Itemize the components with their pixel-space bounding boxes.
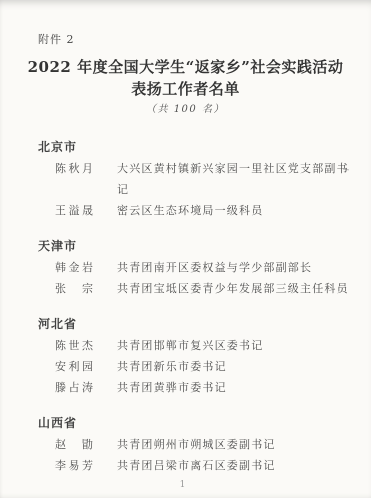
honoree-row: 王溢晟 密云区生态环境局一级科员 <box>55 200 371 221</box>
region-header: 北京市 <box>38 137 371 158</box>
honoree-name: 陈秋月 <box>55 158 93 200</box>
region-header: 河北省 <box>38 314 371 335</box>
honoree-name: 滕占涛 <box>55 377 93 398</box>
document-subtitle: （共 100 名） <box>0 103 371 116</box>
honoree-position: 共青团南开区委权益与学少部副部长 <box>117 257 353 278</box>
honoree-name: 赵勖 <box>55 434 93 455</box>
honoree-position: 共青团黄骅市委书记 <box>117 377 353 398</box>
honoree-name: 安利园 <box>55 356 93 377</box>
honoree-name: 李易芳 <box>55 455 93 476</box>
document-title-line2: 表扬工作者名单 <box>0 78 371 100</box>
entries-list: 陈世杰 共青团邯郸市复兴区委书记 安利园 共青团新乐市委书记 滕占涛 共青团黄骅… <box>0 335 371 398</box>
region-header: 天津市 <box>38 236 371 257</box>
region-section: 天津市 韩金岩 共青团南开区委权益与学少部副部长 张宗 共青团宝坻区委青少年发展… <box>0 236 371 299</box>
honoree-name: 韩金岩 <box>55 257 93 278</box>
document-title-line1: 2022 年度全国大学生“返家乡”社会实践活动 <box>0 56 371 78</box>
entries-list: 韩金岩 共青团南开区委权益与学少部副部长 张宗 共青团宝坻区委青少年发展部三级主… <box>0 257 371 299</box>
page-number: 1 <box>0 480 365 490</box>
region-section: 山西省 赵勖 共青团朔州市朔城区委副书记 李易芳 共青团吕梁市离石区委副书记 <box>0 413 371 476</box>
honoree-position: 共青团宝坻区委青少年发展部三级主任科员 <box>117 278 353 299</box>
honoree-row: 张宗 共青团宝坻区委青少年发展部三级主任科员 <box>55 278 371 299</box>
region-section: 河北省 陈世杰 共青团邯郸市复兴区委书记 安利园 共青团新乐市委书记 滕占涛 共… <box>0 314 371 398</box>
document-title: 2022 年度全国大学生“返家乡”社会实践活动 表扬工作者名单 <box>0 56 371 100</box>
honoree-position: 共青团吕梁市离石区委副书记 <box>117 455 353 476</box>
honoree-row: 赵勖 共青团朔州市朔城区委副书记 <box>55 434 371 455</box>
honoree-row: 韩金岩 共青团南开区委权益与学少部副部长 <box>55 257 371 278</box>
honoree-row: 滕占涛 共青团黄骅市委书记 <box>55 377 371 398</box>
entries-list: 陈秋月 大兴区黄村镇新兴家园一里社区党支部副书记 王溢晟 密云区生态环境局一级科… <box>0 158 371 221</box>
honoree-row: 陈秋月 大兴区黄村镇新兴家园一里社区党支部副书记 <box>55 158 371 200</box>
honoree-row: 李易芳 共青团吕梁市离石区委副书记 <box>55 455 371 476</box>
honoree-position: 共青团朔州市朔城区委副书记 <box>117 434 353 455</box>
region-section: 北京市 陈秋月 大兴区黄村镇新兴家园一里社区党支部副书记 王溢晟 密云区生态环境… <box>0 137 371 221</box>
honoree-position: 密云区生态环境局一级科员 <box>117 200 353 221</box>
attachment-label: 附件 2 <box>0 0 371 47</box>
region-header: 山西省 <box>38 413 371 434</box>
honoree-row: 安利园 共青团新乐市委书记 <box>55 356 371 377</box>
regions-list: 北京市 陈秋月 大兴区黄村镇新兴家园一里社区党支部副书记 王溢晟 密云区生态环境… <box>0 137 371 476</box>
honoree-position: 共青团邯郸市复兴区委书记 <box>117 335 353 356</box>
honoree-row: 陈世杰 共青团邯郸市复兴区委书记 <box>55 335 371 356</box>
honoree-position: 共青团新乐市委书记 <box>117 356 353 377</box>
document-page: 附件 2 2022 年度全国大学生“返家乡”社会实践活动 表扬工作者名单 （共 … <box>0 0 371 498</box>
honoree-position: 大兴区黄村镇新兴家园一里社区党支部副书记 <box>117 158 353 200</box>
honoree-name: 陈世杰 <box>55 335 93 356</box>
honoree-name: 王溢晟 <box>55 200 93 221</box>
honoree-name: 张宗 <box>55 278 93 299</box>
entries-list: 赵勖 共青团朔州市朔城区委副书记 李易芳 共青团吕梁市离石区委副书记 <box>0 434 371 476</box>
